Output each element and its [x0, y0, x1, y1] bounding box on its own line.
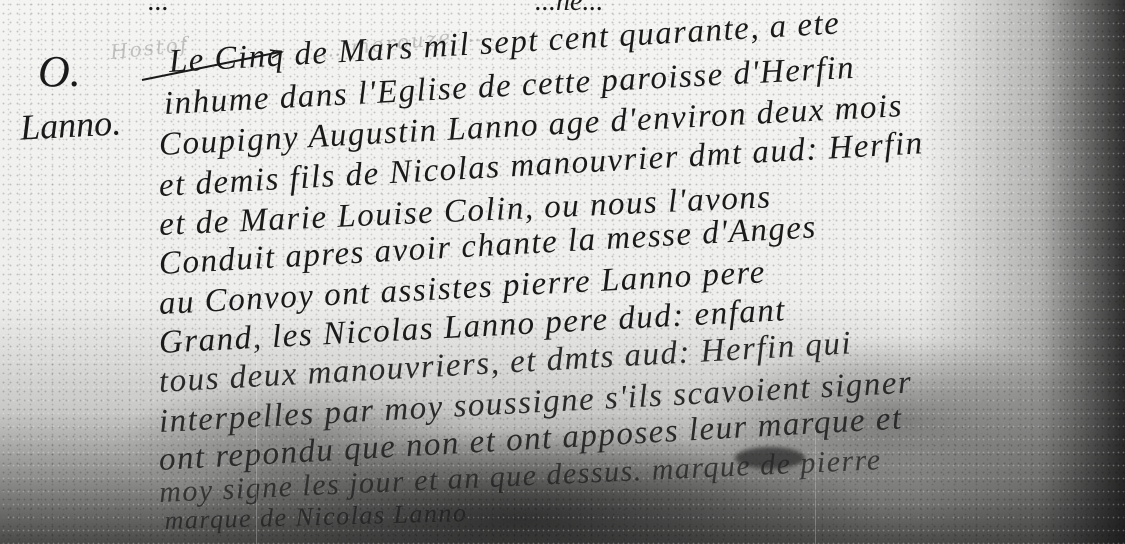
cut-off-previous-entry: ...ne...: [535, 0, 603, 18]
paper-crease: [256, 300, 257, 544]
ink-blot: [735, 447, 805, 469]
margin-entry-number: O.: [38, 46, 81, 97]
manuscript-page: Hostof … morouze … ... ...ne... O. Lanno…: [0, 0, 1125, 544]
margin-surname: Lanno.: [19, 101, 122, 148]
cut-off-previous-entry: ...: [148, 0, 169, 18]
paper-crease: [815, 430, 816, 544]
